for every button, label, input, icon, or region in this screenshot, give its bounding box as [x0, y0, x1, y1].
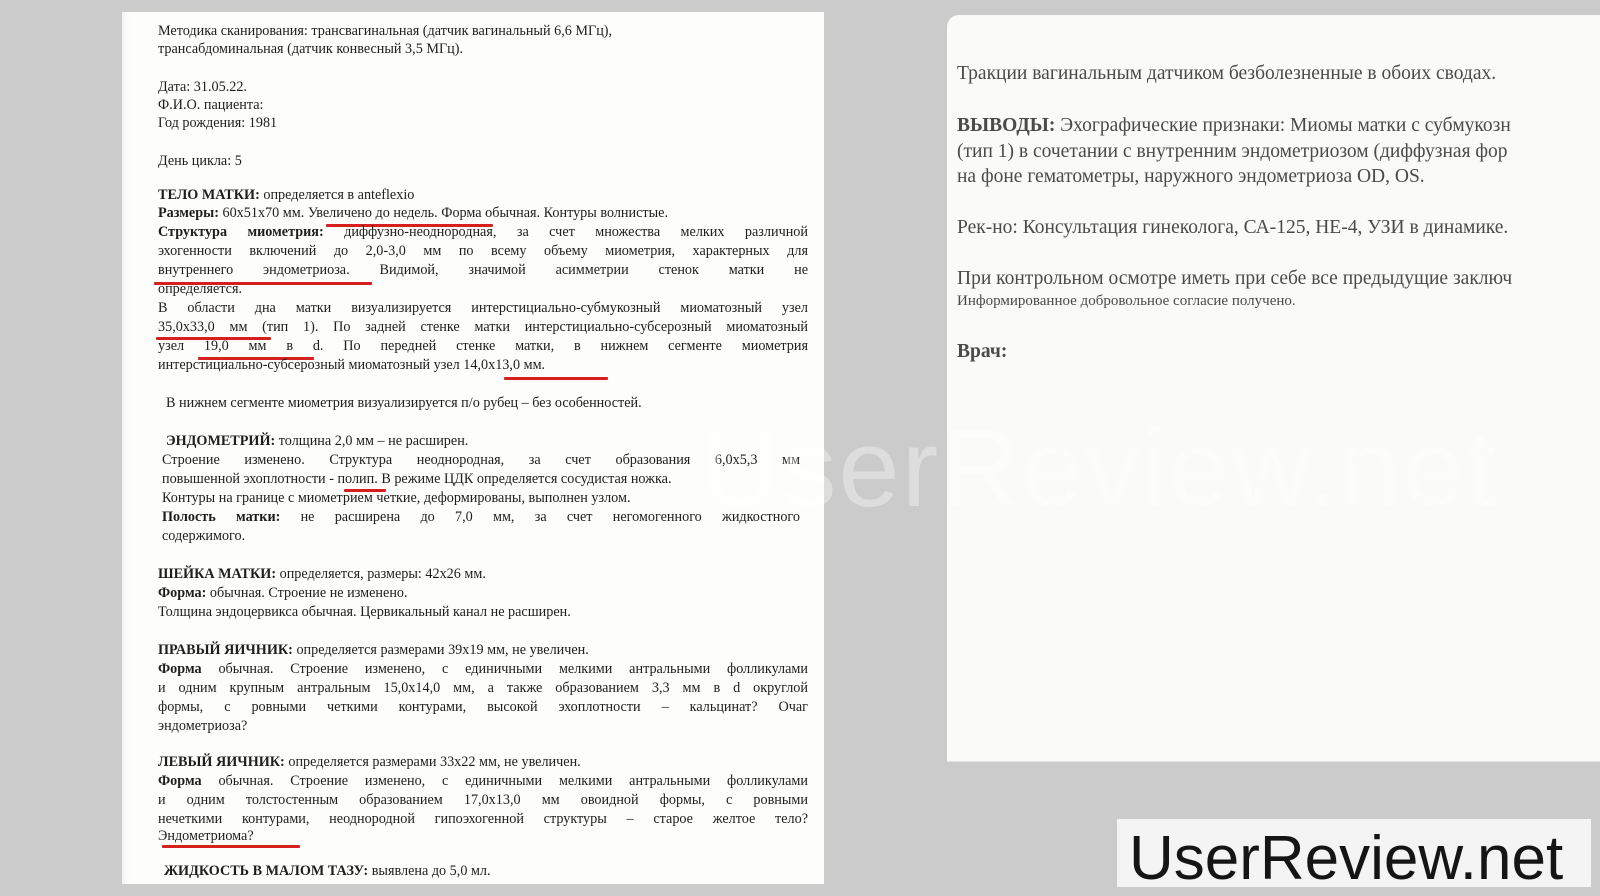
scan-method-line-2: трансабдоминальная (датчик конвесный 3,5… [158, 40, 463, 59]
myometrium-line-2: эхогенности включений до 2,0-3,0 мм по в… [158, 242, 808, 261]
brand-watermark-box: UserReview.net [1117, 819, 1591, 887]
pelvic-fluid-heading: ЖИДКОСТЬ В МАЛОМ ТАЗУ: выявлена до 5,0 м… [164, 862, 491, 881]
cervix-heading: ШЕЙКА МАТКИ: определяется, размеры: 42x2… [158, 565, 486, 584]
brand-watermark-text: UserReview.net [1129, 819, 1563, 887]
doctor-label: Врач: [957, 339, 1007, 365]
birth-year: Год рождения: 1981 [158, 114, 277, 133]
right-ovary-line-1: Форма обычная. Строение изменено, с един… [158, 660, 808, 679]
nodes-line-4: интерстициально-субсерозный миоматозный … [158, 356, 545, 375]
left-ovary-line-2: и одним толстостенным образованием 17,0x… [158, 791, 808, 810]
endometrium-heading: ЭНДОМЕТРИЙ: толщина 2,0 мм – не расширен… [166, 432, 468, 451]
myometrium-line-3: внутреннего эндометриоза. Видимой, значи… [158, 261, 808, 280]
scar-line: В нижнем сегменте миометрия визуализируе… [166, 394, 642, 413]
left-ovary-heading: ЛЕВЫЙ ЯИЧНИК: определяется размерами 33x… [158, 753, 581, 772]
nodes-line-1: В области дна матки визуализируется инте… [158, 299, 808, 318]
highlight-underline [162, 845, 300, 848]
conclusions-line-1: ВЫВОДЫ: Эхографические признаки: Миомы м… [957, 113, 1511, 139]
conclusions-line-3: на фоне гематометры, наружного эндометри… [957, 164, 1425, 190]
exam-date: Дата: 31.05.22. [158, 78, 247, 97]
nodes-line-2: 35,0x33,0 мм (тип 1). По задней стенке м… [158, 318, 808, 337]
uterine-cavity-line-2: содержимого. [162, 527, 245, 546]
cervix-form: Форма: обычная. Строение не изменено. [158, 584, 408, 603]
endometrium-line-3: Контуры на границе с миометрием четкие, … [162, 489, 631, 508]
patient-name-label: Ф.И.О. пациента: [158, 96, 263, 115]
uterine-cavity-line-1: Полость матки: не расширена до 7,0 мм, з… [162, 508, 800, 527]
right-ovary-heading: ПРАВЫЙ ЯИЧНИК: определяется размерами 39… [158, 641, 589, 660]
nodes-line-3: узел 19,0 мм в d. По передней стенке мат… [158, 337, 808, 356]
uterus-sizes: Размеры: 60x51x70 мм. Увеличено до недел… [158, 204, 668, 223]
recommendation-line: Рек-но: Консультация гинеколога, СА-125,… [957, 215, 1508, 241]
cervix-endocervix: Толщина эндоцервикса обычная. Цервикальн… [158, 603, 571, 622]
right-ovary-line-3: формы, с ровными четкими контурами, высо… [158, 698, 808, 717]
uterus-title: ТЕЛО МАТКИ: [158, 187, 260, 203]
left-ovary-line-4: Эндометриома? [158, 827, 254, 846]
myometrium-line-4: определяется. [158, 280, 242, 299]
highlight-underline [504, 377, 608, 380]
conclusions-line-2: (тип 1) в сочетании с внутренним эндомет… [957, 139, 1508, 165]
myometrium-line-1: Структура миометрия: диффузно-неоднородн… [158, 223, 808, 242]
tractions-line: Тракции вагинальным датчиком безболезнен… [957, 61, 1496, 87]
left-document-page: Методика сканирования: трансвагинальная … [122, 12, 824, 884]
right-ovary-line-4: эндометриоза? [158, 717, 247, 736]
cycle-day: День цикла: 5 [158, 152, 242, 171]
endometrium-line-2: повышенной эхоплотности - полип. В режим… [162, 470, 672, 489]
right-ovary-line-2: и одним крупным антральным 15,0x14,0 мм,… [158, 679, 808, 698]
uterus-heading: ТЕЛО МАТКИ: определяется в anteflexio [158, 186, 414, 205]
endometrium-line-1: Строение изменено. Структура неоднородна… [162, 451, 800, 470]
consent-line: Информированное добровольное согласие по… [957, 288, 1296, 314]
right-document-page: Тракции вагинальным датчиком безболезнен… [947, 15, 1600, 762]
left-ovary-line-3: нечеткими контурами, неоднородной гипоэх… [158, 810, 808, 829]
left-ovary-line-1: Форма обычная. Строение изменено, с един… [158, 772, 808, 791]
scan-method-line-1: Методика сканирования: трансвагинальная … [158, 22, 612, 41]
